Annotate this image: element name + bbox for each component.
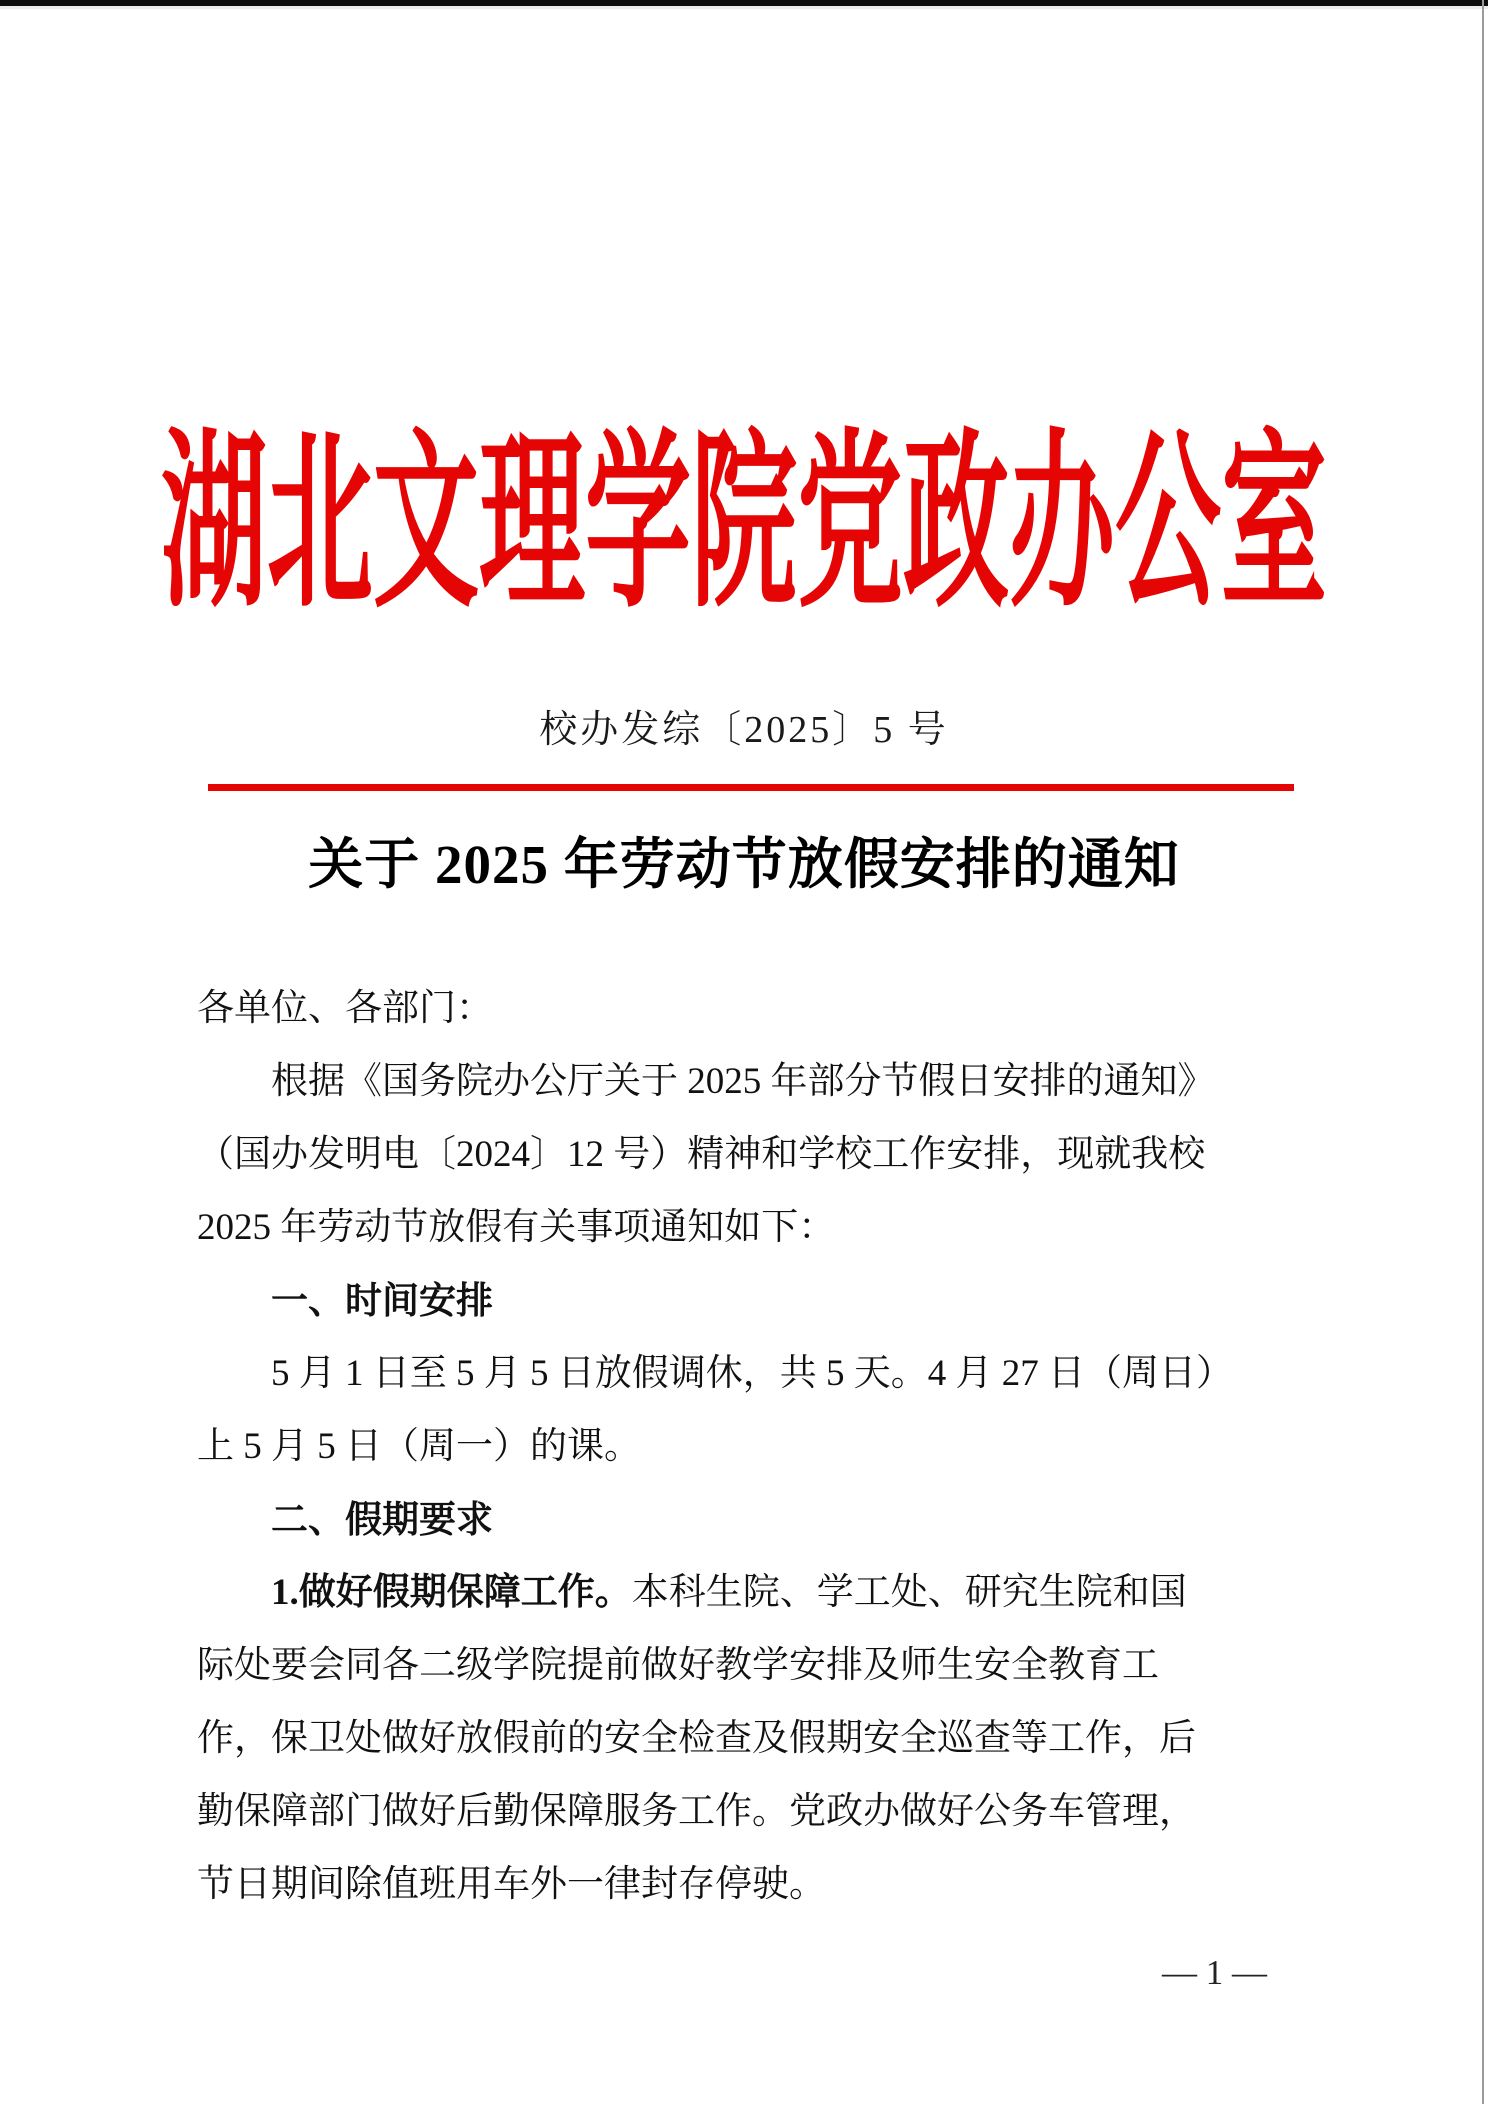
body-line: 上 5 月 5 日（周一）的课。 [197,1410,1317,1483]
red-divider-rule [208,784,1294,791]
body-line: 勤保障部门做好后勤保障服务工作。党政办做好公务车管理， [197,1775,1317,1848]
body-line: 一、时间安排 [197,1264,1317,1337]
scan-right-edge-line [1482,0,1484,2104]
doc-number: 校办发综〔2025〕5 号 [0,708,1488,752]
body-line-bold-lead: 1.做好假期保障工作。 [271,1572,632,1613]
body-line: 作，保卫处做好放假前的安全检查及假期安全巡查等工作，后 [197,1702,1317,1775]
scan-top-strip-shadow [0,6,1488,9]
document-page: 湖北文理学院党政办公室 校办发综〔2025〕5 号 关于 2025 年劳动节放假… [0,0,1488,2104]
page-number: — 1 — [1162,1952,1267,1994]
body-line: 二、假期要求 [197,1483,1317,1556]
org-title: 湖北文理学院党政办公室 [0,430,1488,621]
body-line: 际处要会同各二级学院提前做好教学安排及师生安全教育工 [197,1629,1317,1702]
body-line: 各单位、各部门： [197,972,1317,1045]
body-line: 1.做好假期保障工作。本科生院、学工处、研究生院和国 [197,1556,1317,1629]
body-line: 节日期间除值班用车外一律封存停驶。 [197,1848,1317,1921]
body-line: 根据《国务院办公厅关于 2025 年部分节假日安排的通知》 [197,1045,1317,1118]
document-body: 各单位、各部门：根据《国务院办公厅关于 2025 年部分节假日安排的通知》（国办… [197,972,1317,1921]
body-line: 5 月 1 日至 5 月 5 日放假调休，共 5 天。4 月 27 日（周日） [197,1337,1317,1410]
doc-title: 关于 2025 年劳动节放假安排的通知 [0,834,1488,896]
body-line: 2025 年劳动节放假有关事项通知如下： [197,1191,1317,1264]
body-line: （国办发明电〔2024〕12 号）精神和学校工作安排，现就我校 [197,1118,1317,1191]
